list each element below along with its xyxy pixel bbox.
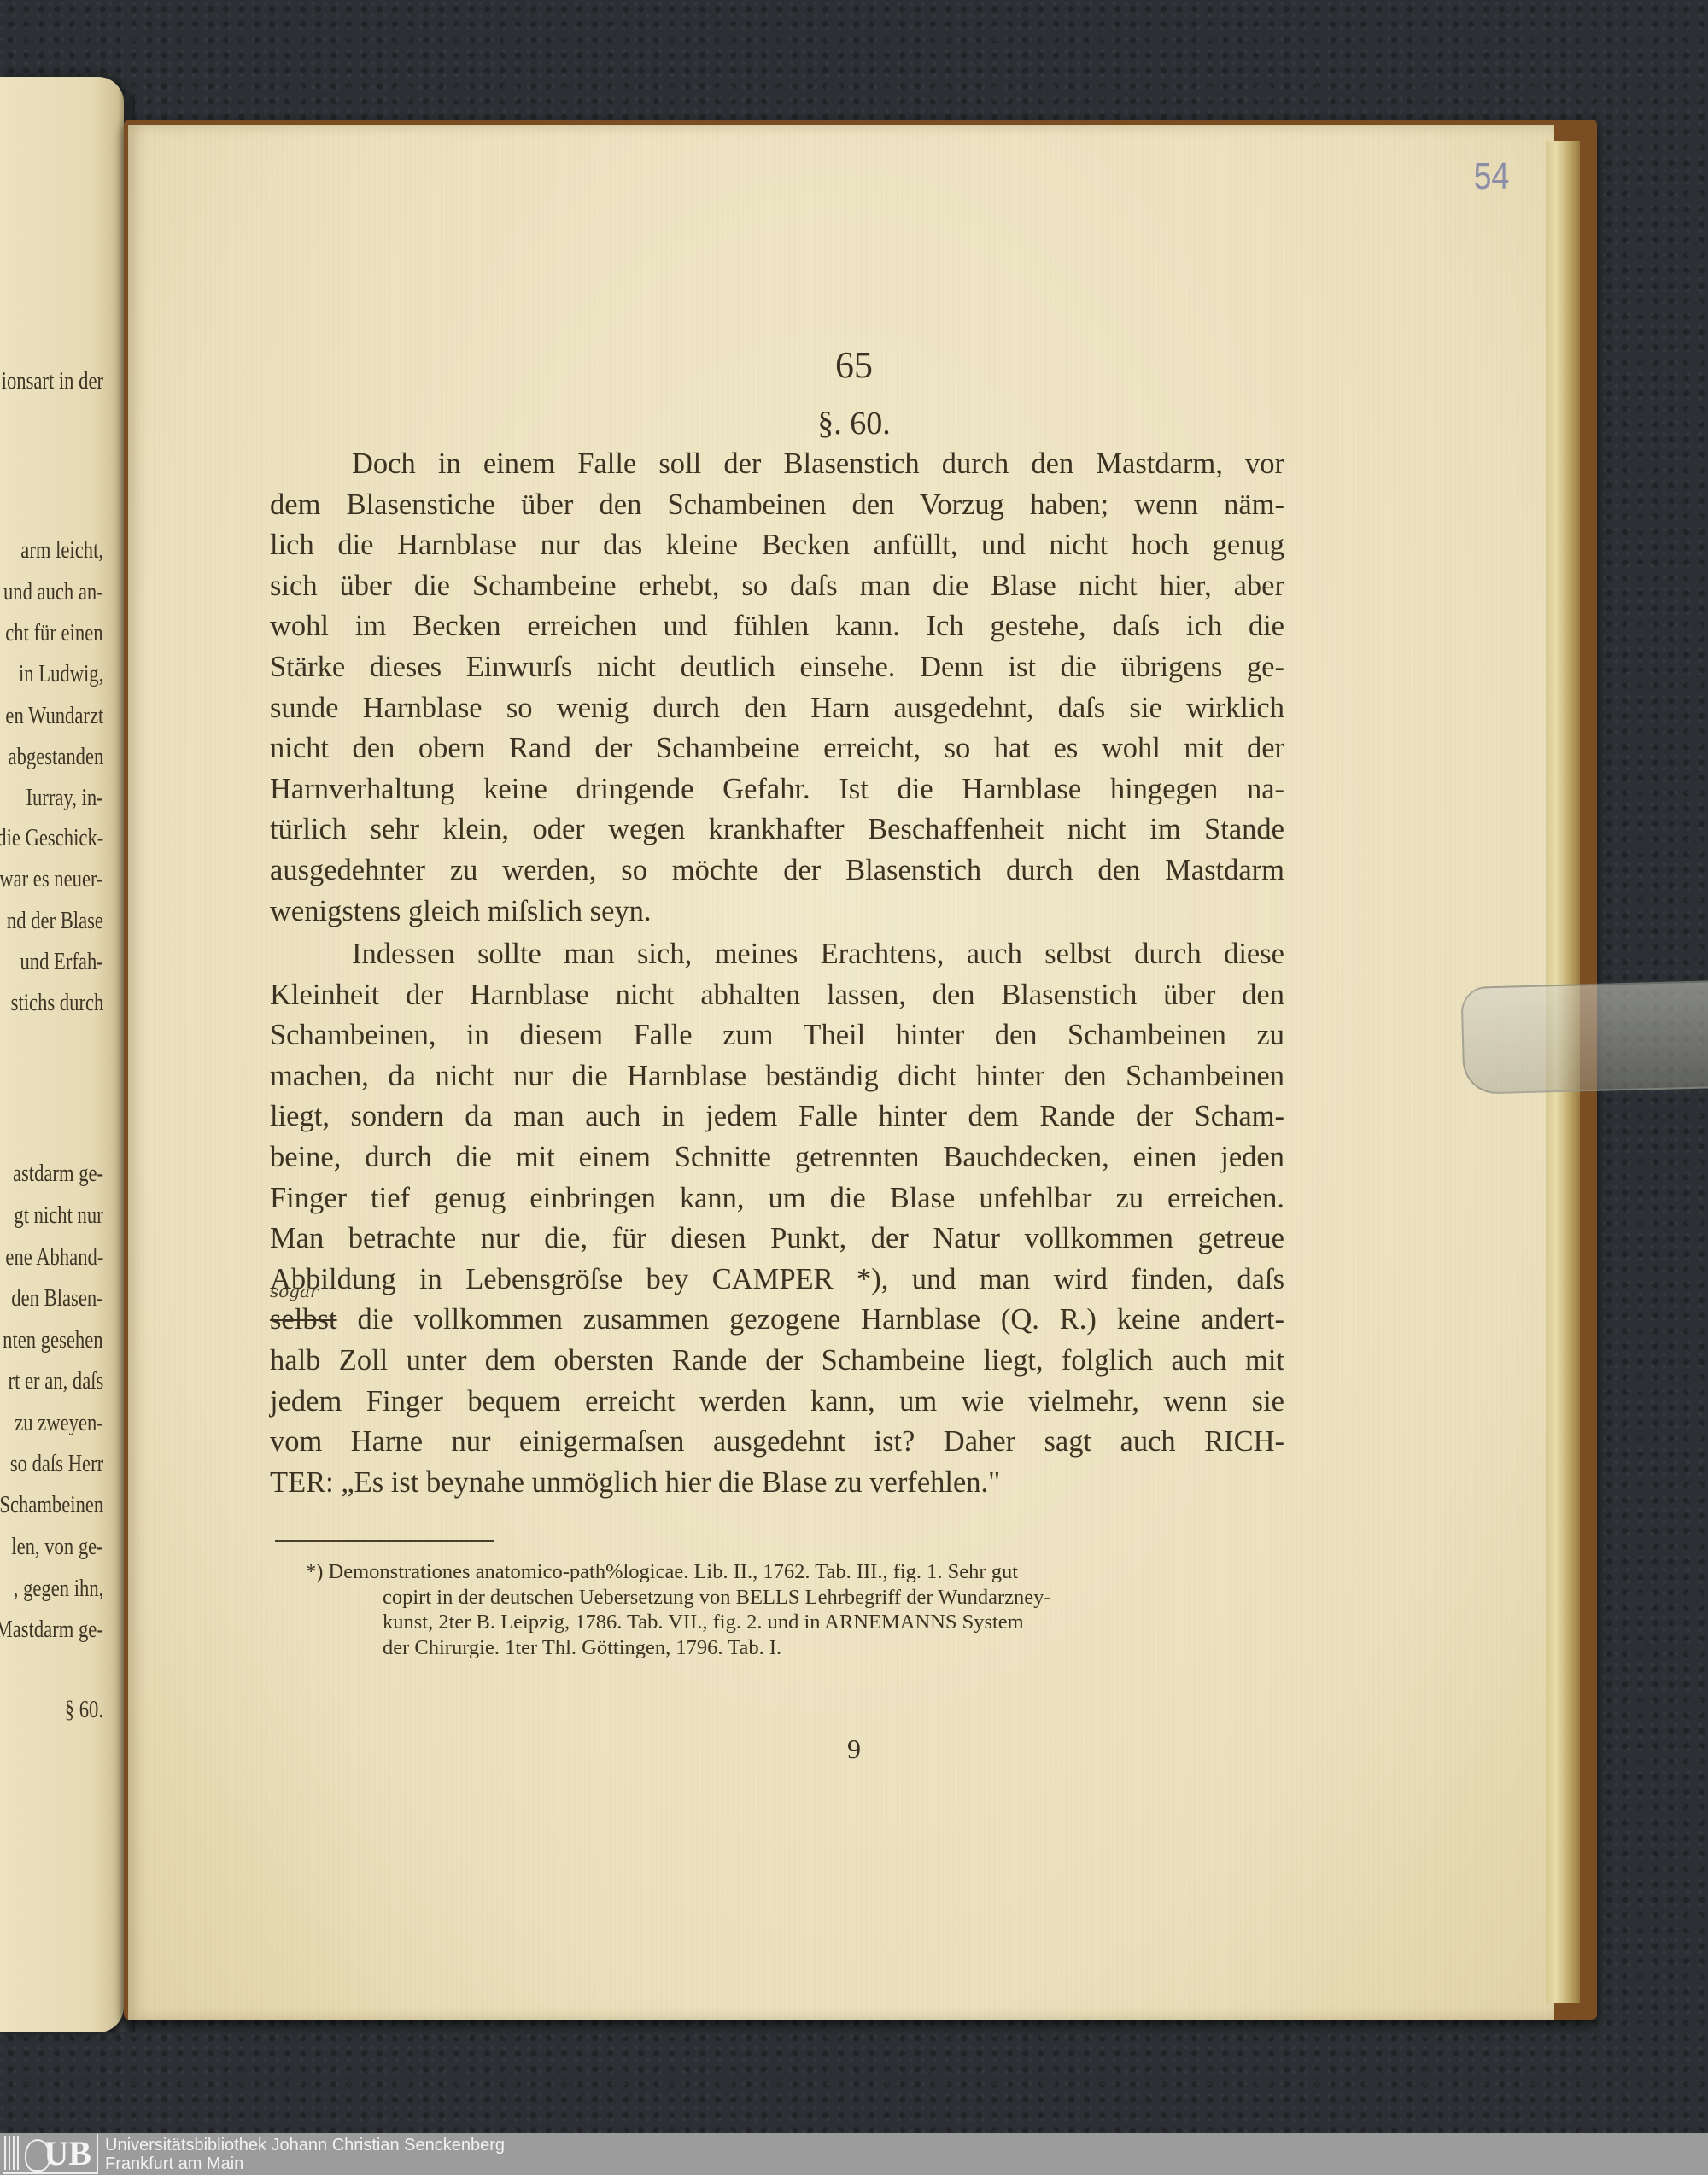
ub-logo: UB <box>3 2134 98 2174</box>
text-line: Schambeinen, in diesem Falle zum Theil h… <box>270 1015 1284 1056</box>
text-line: selbst die vollkommen zusammen gezogene … <box>270 1300 1284 1341</box>
left-page-line-fragment: so daſs Herr <box>10 1450 103 1478</box>
left-page-line-fragment: len, von ge- <box>12 1533 103 1561</box>
institution-line-1: Universitätsbibliothek Johann Christian … <box>105 2136 505 2155</box>
left-page-line-fragment: in Ludwig, <box>19 660 103 688</box>
left-page-line-fragment: arm leicht, <box>20 536 103 564</box>
left-page-line-fragment: nd der Blase <box>7 907 103 935</box>
paragraph-2: Indessen sollte man sich, meines Erachte… <box>270 934 1284 1503</box>
portrait-icon <box>25 2139 50 2172</box>
left-page-line-fragment: rt er an, daſs <box>8 1367 103 1395</box>
pencil-folio-number: 54 <box>1474 155 1510 198</box>
footnote-line: *) Demonstrationes anatomico-path%logica… <box>306 1559 1284 1585</box>
left-page-line-fragment: und Erfah- <box>20 948 103 976</box>
text-line: wenigstens gleich miſslich seyn. <box>270 892 1284 933</box>
footnote-line: copirt in der deutschen Uebersetzung von… <box>306 1585 1284 1611</box>
struck-out-word: selbst <box>270 1303 337 1336</box>
text-line: Kleinheit der Harnblase nicht abhalten l… <box>270 975 1284 1016</box>
text-line: wohl im Becken erreichen und fühlen kann… <box>270 606 1284 647</box>
paragraph-1: Doch in einem Falle soll der Blasenstich… <box>270 444 1284 932</box>
library-footer-bar: UB Universitätsbibliothek Johann Christi… <box>0 2133 1708 2175</box>
left-page-line-fragment: cht für einen <box>6 619 103 647</box>
footnote-rule <box>275 1540 494 1542</box>
ub-logo-text: UB <box>44 2133 91 2173</box>
text-line: Finger tief genug einbringen kann, um di… <box>270 1178 1284 1219</box>
text-line: Doch in einem Falle soll der Blasenstich… <box>270 444 1284 485</box>
text-line: nicht den obern Rand der Schambeine erre… <box>270 728 1284 769</box>
institution-name: Universitätsbibliothek Johann Christian … <box>105 2136 505 2173</box>
text-line: liegt, sondern da man auch in jedem Fall… <box>270 1096 1284 1137</box>
left-page-line-fragment: abgestanden <box>8 743 103 771</box>
text-line: ausgedehnter zu werden, so möchte der Bl… <box>270 851 1284 892</box>
left-page-line-fragment: , gegen ihn, <box>13 1575 103 1603</box>
text-line: halb Zoll unter dem obersten Rande der S… <box>270 1341 1284 1382</box>
section-heading: §. 60. <box>0 405 1708 442</box>
annotation-inserted-word: sogar <box>270 1281 319 1301</box>
text-line: Man betrachte nur die, für diesen Punkt,… <box>270 1219 1284 1260</box>
left-page-line-fragment: § 60. <box>65 1696 103 1724</box>
left-page-line-fragment: Mastdarm ge- <box>0 1616 103 1644</box>
plastic-page-clip <box>1460 980 1708 1095</box>
text-line: machen, da nicht nur die Harnblase bestä… <box>270 1056 1284 1097</box>
text-line: Stärke dieses Einwurſs nicht deutlich ei… <box>270 647 1284 688</box>
signature-mark: 9 <box>0 1734 1708 1765</box>
text-line: dem Blasenstiche über den Schambeinen de… <box>270 485 1284 526</box>
left-page-line-fragment: ene Abhand- <box>5 1243 103 1272</box>
handwritten-annotation: sogar <box>270 1281 319 1301</box>
left-page-line-fragment: gt nicht nur <box>15 1202 103 1230</box>
pillars-icon <box>4 2136 20 2170</box>
text-line: sunde Harnblase so wenig durch den Harn … <box>270 688 1284 729</box>
left-page-line-fragment: en Wundarzt <box>5 702 103 730</box>
text-line: Indessen sollte man sich, meines Erachte… <box>270 934 1284 975</box>
left-page-line-fragment: zu zweyen- <box>15 1409 103 1437</box>
left-page-line-fragment: und auch an- <box>3 578 103 606</box>
left-page-line-fragment: nten gesehen <box>3 1326 103 1354</box>
left-page-line-fragment: stichs durch <box>10 989 103 1017</box>
left-page-line-fragment: Iurray, in- <box>26 784 103 812</box>
text-line: Abbildung in Lebensgröſse bey CAMPER *),… <box>270 1260 1284 1301</box>
text-line: türlich sehr klein, oder wegen krankhaft… <box>270 810 1284 851</box>
text-line: lich die Harnblase nur das kleine Becken… <box>270 525 1284 566</box>
footnote-line: der Chirurgie. 1ter Thl. Göttingen, 1796… <box>306 1635 1284 1661</box>
text-line: Harnverhaltung keine dringende Gefahr. I… <box>270 769 1284 810</box>
left-page-line-fragment: die Geschick- <box>0 824 103 852</box>
text-line: beine, durch die mit einem Schnitte getr… <box>270 1137 1284 1178</box>
footnote: *) Demonstrationes anatomico-path%logica… <box>306 1559 1284 1660</box>
text-line: vom Harne nur einigermaſsen ausgedehnt i… <box>270 1422 1284 1463</box>
text-line: jedem Finger bequem erreicht werden kann… <box>270 1382 1284 1423</box>
left-page-line-fragment: den Blasen- <box>12 1284 103 1313</box>
footnote-line: kunst, 2ter B. Leipzig, 1786. Tab. VII.,… <box>306 1610 1284 1635</box>
text-line: TER: „Es ist beynahe unmöglich hier die … <box>270 1463 1284 1504</box>
left-page-line-fragment: Schambeinen <box>0 1491 103 1519</box>
page-number: 65 <box>0 343 1708 387</box>
left-page-line-fragment: war es neuer- <box>0 865 103 893</box>
institution-line-2: Frankfurt am Main <box>105 2155 505 2173</box>
text-line: sich über die Schambeine erhebt, so daſs… <box>270 566 1284 607</box>
left-page-line-fragment: astdarm ge- <box>13 1160 103 1188</box>
